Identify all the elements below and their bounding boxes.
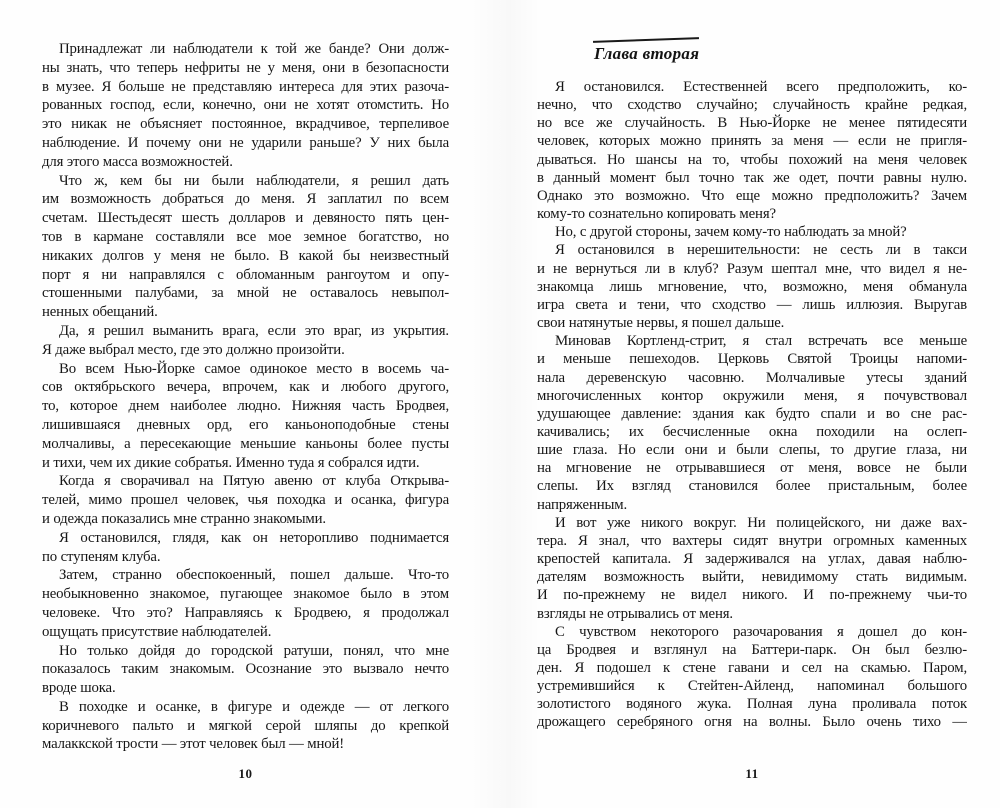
text-line: устремившийся к Стейтен-Айленд, напомина… xyxy=(537,677,967,695)
text-line: игра света и тени, что сходство — лишь и… xyxy=(537,296,967,314)
text-line: наблюдение. И почему они не ударили рань… xyxy=(42,134,449,153)
text-line: тов в кармане составляли все мое земное … xyxy=(42,228,449,247)
page-gutter-shadow xyxy=(470,0,540,808)
text-line: им возможность добраться до меня. Я запл… xyxy=(42,190,449,209)
text-line: ден. Я подошел к стене гавани и сел на с… xyxy=(537,659,967,677)
paragraph: Да, я решил выманить врага, если это вра… xyxy=(42,322,449,360)
text-line: человеке. Что это? Направляясь к Бродвею… xyxy=(42,604,449,623)
text-line: В походке и осанке, в фигуре и одежде — … xyxy=(42,698,449,717)
text-line: в данный момент был точно так же одет, п… xyxy=(537,169,967,187)
paragraph: Когда я сворачивал на Пятую авеню от клу… xyxy=(42,472,449,528)
text-line: вроде шока. xyxy=(42,679,449,698)
paragraph: С чувством некоторого разочарования я до… xyxy=(537,623,967,732)
text-line: малаккской трости — этот человек был — м… xyxy=(42,735,449,754)
text-line: ца Бродвея и взглянул на Баттери-парк. О… xyxy=(537,641,967,659)
text-line: Затем, странно обеспокоенный, пошел даль… xyxy=(42,566,449,585)
paragraph: Я остановился, глядя, как он неторопливо… xyxy=(42,529,449,567)
text-line: напряженным. xyxy=(537,496,967,514)
paragraph: Но, с другой стороны, зачем кому-то набл… xyxy=(537,223,967,241)
text-line: человек, которых можно принять за меня —… xyxy=(537,132,967,150)
text-line: дрожащего серебряного огня на волны. Был… xyxy=(537,713,967,731)
text-line: Миновав Кортленд-стрит, я стал встречать… xyxy=(537,332,967,350)
text-line: порт я ни направлялся с обломанным ранго… xyxy=(42,266,449,285)
text-line: Но, с другой стороны, зачем кому-то набл… xyxy=(537,223,967,241)
page-left-text: Принадлежат ли наблюдатели к той же банд… xyxy=(42,40,449,754)
page-right-number: 11 xyxy=(537,766,967,782)
text-line: Что ж, кем бы ни были наблюдатели, я реш… xyxy=(42,172,449,191)
text-line: лишившаяся дневных орд, его каньоноподоб… xyxy=(42,416,449,435)
text-line: и одежда показались мне странно знакомым… xyxy=(42,510,449,529)
text-line: ощущать присутствие наблюдателей. xyxy=(42,623,449,642)
page-right-text: Я остановился. Естественней всего предпо… xyxy=(537,78,967,732)
text-line: стошенными палубами, за мной не оставало… xyxy=(42,284,449,303)
paragraph: Но только дойдя до городской ратуши, пон… xyxy=(42,642,449,698)
text-line: многочисленных контор окружили меня, я п… xyxy=(537,387,967,405)
text-line: молчаливы, а пересекающие меньшие каньон… xyxy=(42,435,449,454)
text-line: но все же случайность. В Нью-Йорке не ме… xyxy=(537,114,967,132)
text-line: счетам. Шестьдесят шесть долларов и девя… xyxy=(42,209,449,228)
text-line: для этого масса возможностей. xyxy=(42,153,449,172)
text-line: шие глаза. Но если они и были слепы, то … xyxy=(537,441,967,459)
text-line: удушающее давление: здания как будто спа… xyxy=(537,405,967,423)
text-line: необыкновенно знакомое, пугающее знакомо… xyxy=(42,585,449,604)
text-line: рованных господ, если, конечно, они не х… xyxy=(42,96,449,115)
book-spread: Принадлежат ли наблюдатели к той же банд… xyxy=(0,0,1000,808)
text-line: и тихи, чем их дикие собратья. Именно ту… xyxy=(42,454,449,473)
chapter-heading-text: Глава вторая xyxy=(594,44,699,64)
text-line: показалось таким знакомым. Осознание это… xyxy=(42,660,449,679)
text-line: и не вернуться ли в клуб? Разум шептал м… xyxy=(537,260,967,278)
text-line: коричневого пальто и мягкой серой шляпы … xyxy=(42,717,449,736)
text-line: Однако это возможно. Что еще можно предп… xyxy=(537,187,967,205)
paragraph: Во всем Нью-Йорке самое одинокое место в… xyxy=(42,360,449,473)
text-line: нала деревенскую часовню. Молчаливые уте… xyxy=(537,369,967,387)
text-line: по ступеням клуба. xyxy=(42,548,449,567)
text-line: Принадлежат ли наблюдатели к той же банд… xyxy=(42,40,449,59)
text-line: телей, мимо прошел человек, чья походка … xyxy=(42,491,449,510)
paragraph: Миновав Кортленд-стрит, я стал встречать… xyxy=(537,332,967,514)
text-line: взгляды не отрывались от меня. xyxy=(537,605,967,623)
text-line: свои натянутые нервы, я пошел дальше. xyxy=(537,314,967,332)
text-line: то, которое днем наиболее людно. Нижняя … xyxy=(42,397,449,416)
text-line: это никак не объясняет постоянное, вкрад… xyxy=(42,115,449,134)
text-line: С чувством некоторого разочарования я до… xyxy=(537,623,967,641)
text-line: И вот уже никого вокруг. Ни полицейского… xyxy=(537,514,967,532)
text-line: золотистого водяного жука. Полная луна п… xyxy=(537,695,967,713)
text-line: И по-прежнему не видел никого. И по-преж… xyxy=(537,586,967,604)
text-line: крепостей капитала. Я задерживался на уг… xyxy=(537,550,967,568)
paragraph: Что ж, кем бы ни были наблюдатели, я реш… xyxy=(42,172,449,322)
paragraph: Принадлежат ли наблюдатели к той же банд… xyxy=(42,40,449,172)
text-line: кому-то сознательно копировать меня? xyxy=(537,205,967,223)
paragraph: И вот уже никого вокруг. Ни полицейского… xyxy=(537,514,967,623)
paragraph: В походке и осанке, в фигуре и одежде — … xyxy=(42,698,449,754)
text-line: сов октябрьского вечера, впрочем, как и … xyxy=(42,378,449,397)
chapter-heading-rule xyxy=(593,37,699,43)
text-line: ны знать, что теперь нефриты не у меня, … xyxy=(42,59,449,78)
text-line: знакомца лишь мгновение, что, возможно, … xyxy=(537,278,967,296)
text-line: Я остановился в нерешительности: не сест… xyxy=(537,241,967,259)
text-line: никаких долгов у меня не было. В какой б… xyxy=(42,247,449,266)
paragraph: Я остановился. Естественней всего предпо… xyxy=(537,78,967,223)
text-line: и меньше пешеходов. Церковь Святой Троиц… xyxy=(537,350,967,368)
page-left-number: 10 xyxy=(42,766,449,782)
text-line: на мгновение не отрывавшиеся от меня, во… xyxy=(537,459,967,477)
text-line: в музее. Я больше не представляю интерес… xyxy=(42,78,449,97)
text-line: дываться. Но шансы на то, чтобы похожий … xyxy=(537,151,967,169)
text-line: Когда я сворачивал на Пятую авеню от клу… xyxy=(42,472,449,491)
paragraph: Затем, странно обеспокоенный, пошел даль… xyxy=(42,566,449,641)
text-line: слепы. Их взгляд становился более приста… xyxy=(537,477,967,495)
text-line: качивались; их бесчисленные окна походил… xyxy=(537,423,967,441)
text-line: Во всем Нью-Йорке самое одинокое место в… xyxy=(42,360,449,379)
text-line: Но только дойдя до городской ратуши, пон… xyxy=(42,642,449,661)
text-line: дателям возможность выйти, невидимому ст… xyxy=(537,568,967,586)
text-line: тера. Я знал, что вахтеры сидят внутри о… xyxy=(537,532,967,550)
text-line: Я остановился. Естественней всего предпо… xyxy=(537,78,967,96)
text-line: Я остановился, глядя, как он неторопливо… xyxy=(42,529,449,548)
text-line: Да, я решил выманить врага, если это вра… xyxy=(42,322,449,341)
text-line: Я даже выбрал место, где это должно прои… xyxy=(42,341,449,360)
paragraph: Я остановился в нерешительности: не сест… xyxy=(537,241,967,332)
text-line: ненных обещаний. xyxy=(42,303,449,322)
text-line: нечно, что сходство случайно; случайност… xyxy=(537,96,967,114)
